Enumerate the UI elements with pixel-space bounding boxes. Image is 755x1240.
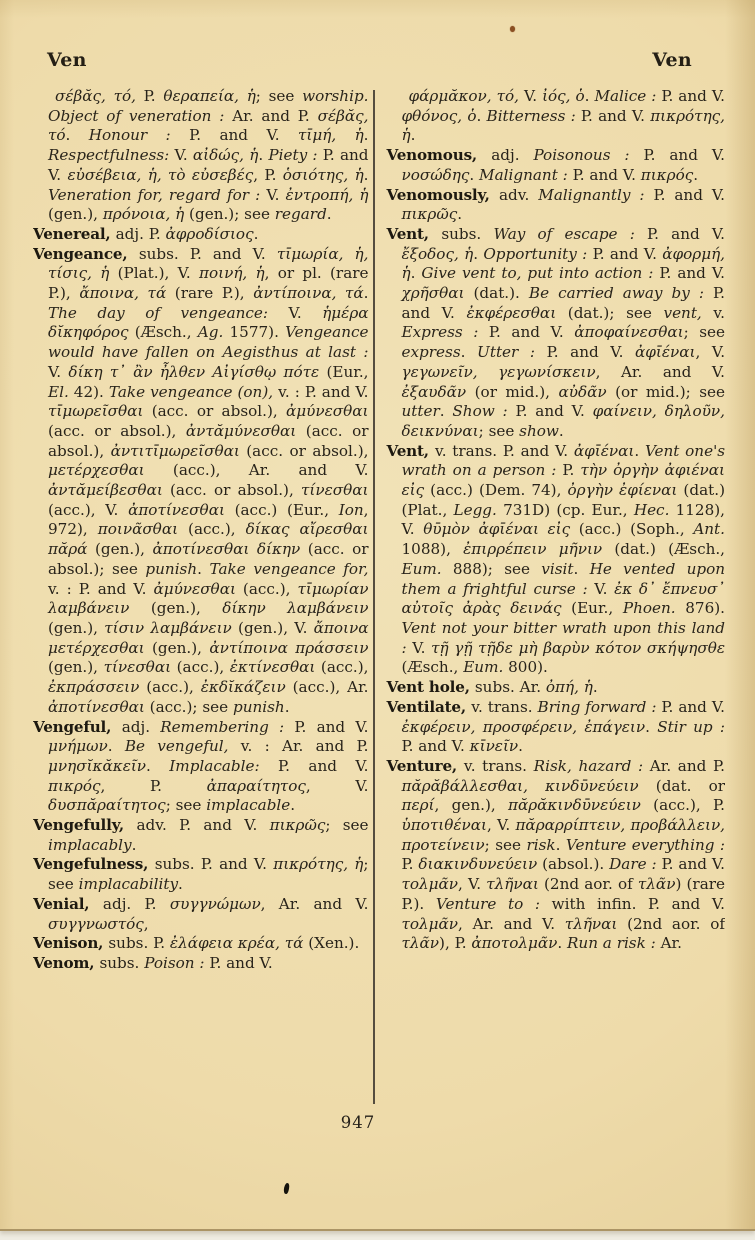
body-text: subs. bbox=[99, 954, 144, 972]
gloss-italic: Ag. bbox=[198, 323, 224, 341]
body-text: . bbox=[258, 146, 268, 164]
greek-text: τίνεσθαι bbox=[104, 658, 171, 676]
gloss-italic: Take vengeance (on), bbox=[109, 383, 278, 401]
headword: Venereal, bbox=[33, 225, 116, 243]
body-text: (Xen.). bbox=[303, 934, 359, 952]
body-text: ; see bbox=[325, 816, 368, 834]
text-columns: σέβᾰς, τό, P. θεραπεία, ἡ; see worship. … bbox=[33, 87, 725, 1107]
greek-text: συγγνωστός bbox=[48, 915, 144, 933]
body-text: , V. bbox=[695, 343, 725, 361]
body-text: 1577). bbox=[223, 323, 285, 341]
body-text: 888); see bbox=[442, 560, 542, 578]
gloss-italic: Piety : bbox=[268, 146, 322, 164]
body-text: (dat.) (Æsch., bbox=[602, 540, 725, 558]
body-text: V. bbox=[524, 87, 542, 105]
greek-text: τολμᾶν bbox=[402, 915, 459, 933]
body-text: (Eur., bbox=[319, 363, 368, 381]
greek-text: ἀφῑέναι bbox=[574, 442, 634, 460]
body-text: ), P. bbox=[439, 934, 471, 952]
gloss-italic: implacable bbox=[206, 796, 290, 814]
column-right: φάρμᾰκον, τό, V. ἰός, ὁ. Malice : P. and… bbox=[376, 87, 726, 1107]
greek-text: συγγνώμων bbox=[170, 895, 261, 913]
entry-continuation: σέβᾰς, τό, P. θεραπεία, ἡ; see worship. … bbox=[33, 87, 369, 225]
body-text: Ar. and P. bbox=[232, 107, 317, 125]
gloss-italic: Bitterness : bbox=[487, 107, 581, 125]
scanned-page-background: Ven Ven σέβᾰς, τό, P. θεραπεία, ἡ; see w… bbox=[0, 0, 755, 1240]
greek-text: ἐπιρρέπειν μῆνιν bbox=[463, 540, 602, 558]
body-text: adj. bbox=[122, 718, 161, 736]
greek-text: πρόνοια, ἡ bbox=[103, 205, 184, 223]
gloss-italic: implacability bbox=[79, 875, 178, 893]
gloss-italic: Bring forward : bbox=[538, 698, 662, 716]
headword: Vent, bbox=[387, 442, 435, 460]
body-text: (gen.); see bbox=[184, 205, 275, 223]
body-text: P. bbox=[402, 855, 419, 873]
greek-text: δίκην λαμβάνειν bbox=[222, 599, 368, 617]
headword: Venial, bbox=[33, 895, 103, 913]
body-text: . bbox=[693, 166, 698, 184]
body-text: (Plat.), V. bbox=[109, 264, 199, 282]
greek-text: εὐσέβεια, ἡ, τὸ εὐσεβές bbox=[68, 166, 254, 184]
gloss-italic: The day of vengeance: bbox=[48, 304, 289, 322]
body-text: ; see bbox=[256, 87, 302, 105]
gloss-italic: risk bbox=[526, 836, 555, 854]
greek-text: ἀποτίνεσθαι bbox=[48, 698, 145, 716]
gloss-italic: Eum. bbox=[463, 658, 503, 676]
body-text: (acc. or absol.), bbox=[163, 481, 301, 499]
gloss-italic: Show : bbox=[452, 402, 515, 420]
body-text: adj. P. bbox=[116, 225, 166, 243]
gloss-italic: Run a risk : bbox=[567, 934, 661, 952]
greek-text: ἀντίποινα, τά bbox=[253, 284, 363, 302]
gloss-italic: Malignantly : bbox=[538, 186, 653, 204]
greek-text: χρῆσθαι bbox=[402, 284, 465, 302]
dictionary-page: Ven Ven σέβᾰς, τό, P. θεραπεία, ἡ; see w… bbox=[0, 0, 755, 1231]
greek-text: δίκη τ᾽ ἂν ἦλθεν Αἰγίσθῳ πότε bbox=[68, 363, 319, 381]
greek-text: τίνεσθαι bbox=[301, 481, 368, 499]
greek-text: ἀφροδίσιος bbox=[166, 225, 254, 243]
gloss-italic: Be carried away by : bbox=[529, 284, 713, 302]
body-text: v. : P. and V. bbox=[48, 580, 153, 598]
headword: Venomously, bbox=[387, 186, 499, 204]
greek-text: δυσπᾰραίτητος bbox=[48, 796, 166, 814]
dictionary-entry: Vengefully, adv. P. and V. πικρῶς; see i… bbox=[33, 816, 369, 855]
gloss-italic: Take vengeance for, bbox=[210, 560, 369, 578]
gloss-italic: Be vengeful, bbox=[125, 737, 241, 755]
body-text: , bbox=[144, 915, 149, 933]
body-text: P. and V. bbox=[209, 954, 272, 972]
greek-text: πικρῶς bbox=[402, 205, 458, 223]
headword: Vengefully, bbox=[33, 816, 136, 834]
greek-text: γεγωνεῖν, γεγωνίσκειν bbox=[402, 363, 596, 381]
body-text: (2nd aor. of bbox=[539, 875, 638, 893]
body-text: . bbox=[518, 737, 523, 755]
greek-text: νοσώδης bbox=[402, 166, 470, 184]
column-left: σέβᾰς, τό, P. θεραπεία, ἡ; see worship. … bbox=[33, 87, 376, 1107]
body-text: P. and V. bbox=[593, 245, 663, 263]
body-text: . bbox=[364, 284, 369, 302]
body-text: . bbox=[469, 166, 479, 184]
greek-text: ἀπαραίτητος bbox=[207, 777, 306, 795]
dictionary-entry: Venom, subs. Poison : P. and V. bbox=[33, 954, 369, 974]
gloss-italic: express bbox=[402, 343, 461, 361]
greek-text: ὀπή, ἡ bbox=[546, 678, 593, 696]
gloss-italic: El. bbox=[48, 383, 69, 401]
greek-text: πικρότης, ἡ bbox=[273, 855, 363, 873]
body-text: . bbox=[634, 442, 645, 460]
body-text: , P. bbox=[253, 166, 283, 184]
body-text: (acc.) (Dem. 74), bbox=[424, 481, 567, 499]
body-text: subs. bbox=[441, 225, 493, 243]
guide-word-left: Ven bbox=[47, 49, 87, 71]
body-text: . bbox=[557, 934, 567, 952]
body-text: (acc. or absol.), bbox=[48, 422, 186, 440]
body-text: adj. P. bbox=[103, 895, 170, 913]
body-text: P. and V. bbox=[294, 718, 368, 736]
gloss-italic: Veneration for, regard for : bbox=[48, 186, 266, 204]
headword: Vengeance, bbox=[33, 245, 139, 263]
greek-text: ἐξαυδᾶν bbox=[402, 383, 467, 401]
greek-text: αὐδᾶν bbox=[558, 383, 606, 401]
greek-text: ἀντᾰμείβεσθαι bbox=[48, 481, 163, 499]
greek-text: ἐκφέρεσθαι bbox=[466, 304, 556, 322]
body-text: P. and V. bbox=[662, 855, 725, 873]
body-text: , V. bbox=[458, 875, 486, 893]
headword: Vent hole, bbox=[387, 678, 475, 696]
greek-text: κῑνεῖν bbox=[470, 737, 518, 755]
body-text: . bbox=[593, 678, 598, 696]
body-text: . bbox=[285, 698, 290, 716]
body-text: (gen.), bbox=[87, 540, 152, 558]
body-text: P. and V. bbox=[661, 87, 725, 105]
greek-text: ἐκδῐκάζειν bbox=[201, 678, 286, 696]
gloss-italic: Venture everything : bbox=[566, 836, 725, 854]
body-text: . bbox=[573, 560, 589, 578]
gloss-italic: Hec. bbox=[634, 501, 670, 519]
body-text: . bbox=[559, 422, 564, 440]
greek-text: ἀφῑέναι bbox=[635, 343, 695, 361]
body-text: P. bbox=[144, 87, 164, 105]
body-text: , Ar. and V. bbox=[261, 895, 369, 913]
body-text: (dat.). bbox=[464, 284, 528, 302]
headword: Venom, bbox=[33, 954, 99, 972]
body-text: . bbox=[440, 402, 453, 420]
headword: Ventilate, bbox=[387, 698, 472, 716]
gloss-italic: Remembering : bbox=[160, 718, 294, 736]
greek-text: μνησῐκᾰκεῖν bbox=[48, 757, 146, 775]
body-text: (acc. or absol.), bbox=[240, 442, 369, 460]
body-text: (dat.); see bbox=[556, 304, 663, 322]
greek-text: ἀμύνεσθαι bbox=[286, 402, 368, 420]
greek-text: ποινή, ἡ bbox=[199, 264, 265, 282]
body-text: adv. bbox=[499, 186, 538, 204]
greek-text: τῑμή, ἡ bbox=[298, 126, 364, 144]
page-number: 947 bbox=[0, 1113, 716, 1132]
greek-text: ἀντιτῑμωρεῖσθαι bbox=[111, 442, 240, 460]
body-text: (gen.), bbox=[48, 619, 104, 637]
body-text: . bbox=[108, 737, 125, 755]
greek-text: πικρῶς bbox=[270, 816, 326, 834]
body-text: Ar. and P. bbox=[650, 757, 725, 775]
dictionary-entry: Venomous, adj. Poisonous : P. and V. νοσ… bbox=[387, 146, 726, 185]
entry-continuation: φάρμᾰκον, τό, V. ἰός, ὁ. Malice : P. and… bbox=[387, 87, 726, 146]
body-text: V. bbox=[175, 146, 193, 164]
body-text: subs. P. and V. bbox=[139, 245, 277, 263]
body-text: , Ar. and V. bbox=[596, 363, 725, 381]
body-text: (acc.), bbox=[236, 580, 298, 598]
body-text: v. bbox=[713, 304, 725, 322]
gloss-italic: Poisonous : bbox=[533, 146, 643, 164]
dictionary-entry: Venial, adj. P. συγγνώμων, Ar. and V. συ… bbox=[33, 895, 369, 934]
greek-text: ἀποτίνεσθαι bbox=[128, 501, 225, 519]
body-text: 800). bbox=[503, 658, 548, 676]
greek-text: φθόνος, ὁ bbox=[402, 107, 477, 125]
body-text: ; see bbox=[166, 796, 207, 814]
body-text: (gen.), V. bbox=[232, 619, 314, 637]
headword: Vengefulness, bbox=[33, 855, 155, 873]
headword: Venomous, bbox=[387, 146, 492, 164]
gloss-italic: Respectfulness: bbox=[48, 146, 175, 164]
body-text: (acc.), bbox=[171, 658, 230, 676]
greek-text: τίσιν λαμβάνειν bbox=[104, 619, 232, 637]
gloss-italic: punish bbox=[233, 698, 285, 716]
body-text: ; see bbox=[485, 836, 527, 854]
body-text: . bbox=[254, 225, 259, 243]
body-text: V. bbox=[289, 304, 323, 322]
body-text: (acc.), bbox=[139, 678, 200, 696]
gloss-italic: utter bbox=[402, 402, 440, 420]
greek-text: ἀντίποινα πράσσειν bbox=[209, 639, 368, 657]
greek-text: ἐκτίνεσθαι bbox=[230, 658, 316, 676]
body-text: (absol.). bbox=[537, 855, 609, 873]
body-text: . bbox=[197, 560, 209, 578]
gloss-italic: Risk, hazard : bbox=[534, 757, 650, 775]
body-text: subs. P. bbox=[108, 934, 170, 952]
body-text: . bbox=[645, 718, 657, 736]
body-text: v. : P. and V. bbox=[278, 383, 368, 401]
body-text: (Æsch., bbox=[129, 323, 198, 341]
dictionary-entry: Venereal, adj. P. ἀφροδίσιος. bbox=[33, 225, 369, 245]
greek-text: πᾰρᾰκινδῡνεύειν bbox=[508, 796, 641, 814]
gloss-italic: visit bbox=[541, 560, 573, 578]
gloss-italic: Phoen. bbox=[623, 599, 676, 617]
greek-text: ἐλάφεια κρέα, τά bbox=[170, 934, 303, 952]
headword: Venture, bbox=[387, 757, 464, 775]
ink-speck-bottom bbox=[283, 1183, 290, 1195]
gloss-italic: Give vent to, put into action : bbox=[421, 264, 659, 282]
body-text: . bbox=[290, 796, 295, 814]
body-text: (Æsch., bbox=[402, 658, 464, 676]
greek-text: ἀμύνεσθαι bbox=[153, 580, 235, 598]
body-text: (acc.) (Soph., bbox=[570, 520, 693, 538]
body-text: , V. bbox=[487, 816, 516, 834]
greek-text: διακινδυνεύειν bbox=[418, 855, 537, 873]
gloss-italic: Honour : bbox=[89, 126, 189, 144]
body-text: . bbox=[411, 264, 422, 282]
body-text: 42). bbox=[69, 383, 109, 401]
gloss-italic: Express : bbox=[402, 323, 489, 341]
greek-text: αἰδώς, ἡ bbox=[193, 146, 258, 164]
body-text: V. bbox=[266, 186, 285, 204]
body-text: (acc.); see bbox=[145, 698, 233, 716]
body-text: V. bbox=[48, 363, 68, 381]
body-text: . bbox=[461, 343, 477, 361]
greek-text: πικρός bbox=[641, 166, 693, 184]
body-text: . bbox=[364, 126, 369, 144]
dictionary-entry: Vengeance, subs. P. and V. τῑμωρία, ἡ, τ… bbox=[33, 245, 369, 718]
body-text: (acc.), bbox=[315, 658, 368, 676]
body-text: P. and V. bbox=[278, 757, 369, 775]
dictionary-entry: Venture, v. trans. Risk, hazard : Ar. an… bbox=[387, 757, 726, 954]
greek-text: ὀργὴν ἐφίεναι bbox=[568, 481, 678, 499]
body-text: . bbox=[473, 245, 483, 263]
greek-text: ἔξοδος, ἡ bbox=[402, 245, 474, 263]
greek-text: τῑμωρεῖσθαι bbox=[48, 402, 143, 420]
greek-text: τλῆναι bbox=[486, 875, 539, 893]
headword: Venison, bbox=[33, 934, 108, 952]
gloss-italic: show bbox=[519, 422, 559, 440]
greek-text: ἐντροπή, ἡ bbox=[286, 186, 369, 204]
body-text: subs. P. and V. bbox=[155, 855, 274, 873]
body-text: (rare P.), bbox=[166, 284, 253, 302]
body-text: V. bbox=[412, 639, 431, 657]
body-text: (acc.) (Eur., bbox=[225, 501, 339, 519]
body-text: . bbox=[327, 205, 332, 223]
greek-text: πικρός bbox=[48, 777, 100, 795]
gloss-italic: Dare : bbox=[609, 855, 661, 873]
headword: Vent, bbox=[387, 225, 442, 243]
body-text: (gen.), bbox=[129, 599, 222, 617]
greek-text: φάρμᾰκον, τό, bbox=[409, 87, 524, 105]
body-text: , V. bbox=[306, 777, 369, 795]
body-text: (dat. or bbox=[639, 777, 725, 795]
greek-text: ἰός, ὁ bbox=[542, 87, 585, 105]
gloss-italic: Malignant : bbox=[479, 166, 573, 184]
greek-text: ἀντᾰμύνεσθαι bbox=[186, 422, 296, 440]
body-text: v. trans. bbox=[471, 698, 537, 716]
greek-text: ὁσιότης, ἡ bbox=[283, 166, 364, 184]
greek-text: θῡμὸν ἀφῑέναι εἰς bbox=[423, 520, 570, 538]
body-text: v. trans. P. and V. bbox=[435, 442, 574, 460]
body-text: adv. P. and V. bbox=[136, 816, 269, 834]
body-text: (gen.), bbox=[48, 658, 104, 676]
body-text: (2nd aor. of bbox=[617, 915, 725, 933]
greek-text: ὑποτιθέναι bbox=[402, 816, 487, 834]
greek-text: ἀποτολμᾶν bbox=[471, 934, 557, 952]
body-text: . bbox=[364, 166, 369, 184]
dictionary-entry: Venomously, adv. Malignantly : P. and V.… bbox=[387, 186, 726, 225]
greek-text: τλᾶν bbox=[402, 934, 440, 952]
body-text: 876). bbox=[676, 599, 725, 617]
body-text: . bbox=[146, 757, 169, 775]
body-text: 731D) (cp. Eur., bbox=[497, 501, 634, 519]
body-text: adj. bbox=[491, 146, 533, 164]
body-text: , Ar. and V. bbox=[458, 915, 565, 933]
body-text: P. and V. bbox=[647, 225, 725, 243]
body-text: P. and V. bbox=[581, 107, 650, 125]
body-text: (acc. or absol.), bbox=[143, 402, 286, 420]
dictionary-entry: Vent, subs. Way of escape : P. and V. ἔξ… bbox=[387, 225, 726, 442]
greek-text: περί bbox=[402, 796, 435, 814]
body-text: (gen.), bbox=[145, 639, 210, 657]
dictionary-entry: Venison, subs. P. ἐλάφεια κρέα, τά (Xen.… bbox=[33, 934, 369, 954]
gloss-italic: implacably bbox=[48, 836, 132, 854]
body-text: . bbox=[556, 836, 566, 854]
gloss-italic: Eum. bbox=[402, 560, 442, 578]
body-text: v. trans. bbox=[464, 757, 534, 775]
greek-text: ἀποτίνεσθαι δίκην bbox=[152, 540, 300, 558]
body-text: , P. bbox=[100, 777, 206, 795]
body-text: P. and V. bbox=[516, 402, 593, 420]
body-text: P. and V. bbox=[573, 166, 641, 184]
body-text: (acc.), V. bbox=[48, 501, 128, 519]
body-text: P. and V. bbox=[189, 126, 298, 144]
body-text: v. : Ar. and P. bbox=[241, 737, 369, 755]
body-text: (Eur., bbox=[562, 599, 623, 617]
body-text: Ar. bbox=[661, 934, 682, 952]
greek-text: ἄποινα, τά bbox=[79, 284, 166, 302]
body-text: (acc.), Ar. and V. bbox=[145, 461, 369, 479]
gloss-italic: Malice : bbox=[594, 87, 661, 105]
dictionary-entry: Vent, v. trans. P. and V. ἀφῑέναι. Vent … bbox=[387, 442, 726, 678]
body-text: . bbox=[457, 205, 462, 223]
dictionary-entry: Vent hole, subs. Ar. ὀπή, ἡ. bbox=[387, 678, 726, 698]
greek-text: τολμᾶν bbox=[402, 875, 459, 893]
body-text: (or mid.), bbox=[466, 383, 558, 401]
body-text: (acc.), P. bbox=[641, 796, 725, 814]
body-text: P. and V. bbox=[547, 343, 635, 361]
body-text: (gen.), bbox=[48, 205, 103, 223]
body-text: (or mid.); see bbox=[607, 383, 725, 401]
gloss-italic: punish bbox=[145, 560, 197, 578]
body-text: (acc.), Ar. bbox=[286, 678, 369, 696]
greek-text: ἐκπράσσειν bbox=[48, 678, 139, 696]
greek-text: μετέρχεσθαι bbox=[48, 461, 145, 479]
greek-text: ἐκφέρειν, προσφέρειν, ἐπάγειν bbox=[402, 718, 646, 736]
body-text: P. and V. bbox=[661, 698, 725, 716]
body-text: . bbox=[476, 107, 486, 125]
body-text: (acc.), bbox=[178, 520, 246, 538]
body-text: P. and V. bbox=[489, 323, 574, 341]
ink-speck-top bbox=[510, 26, 515, 32]
body-text: with infin. P. and V. bbox=[552, 895, 725, 913]
greek-text: πᾰρᾰβάλλεσθαι, κινδῡνεύειν bbox=[402, 777, 639, 795]
gloss-italic: Venture to : bbox=[436, 895, 552, 913]
greek-text: ἀποφαίνεσθαι bbox=[574, 323, 683, 341]
body-text: P. and V. bbox=[659, 264, 725, 282]
body-text: . bbox=[66, 126, 89, 144]
gloss-italic: Opportunity : bbox=[483, 245, 592, 263]
gloss-italic: Poison : bbox=[144, 954, 209, 972]
body-text: 1088), bbox=[402, 540, 464, 558]
body-text: . bbox=[132, 836, 137, 854]
body-text: ; see bbox=[684, 323, 725, 341]
guide-word-right: Ven bbox=[652, 49, 692, 71]
body-text: P. and V. bbox=[402, 737, 470, 755]
gloss-italic: regard bbox=[275, 205, 327, 223]
greek-text: θεραπεία, ἡ bbox=[163, 87, 255, 105]
dictionary-entry: Ventilate, v. trans. Bring forward : P. … bbox=[387, 698, 726, 757]
greek-text: τλᾶν bbox=[638, 875, 676, 893]
body-text: P. and V. bbox=[653, 186, 725, 204]
body-text: . bbox=[585, 87, 595, 105]
gloss-italic: Way of escape : bbox=[493, 225, 647, 243]
greek-text: τλῆναι bbox=[565, 915, 618, 933]
greek-text: ποινᾶσθαι bbox=[98, 520, 178, 538]
gloss-italic: Utter : bbox=[477, 343, 547, 361]
greek-text: σέβᾰς, τό, bbox=[55, 87, 144, 105]
body-text: ; see bbox=[479, 422, 520, 440]
